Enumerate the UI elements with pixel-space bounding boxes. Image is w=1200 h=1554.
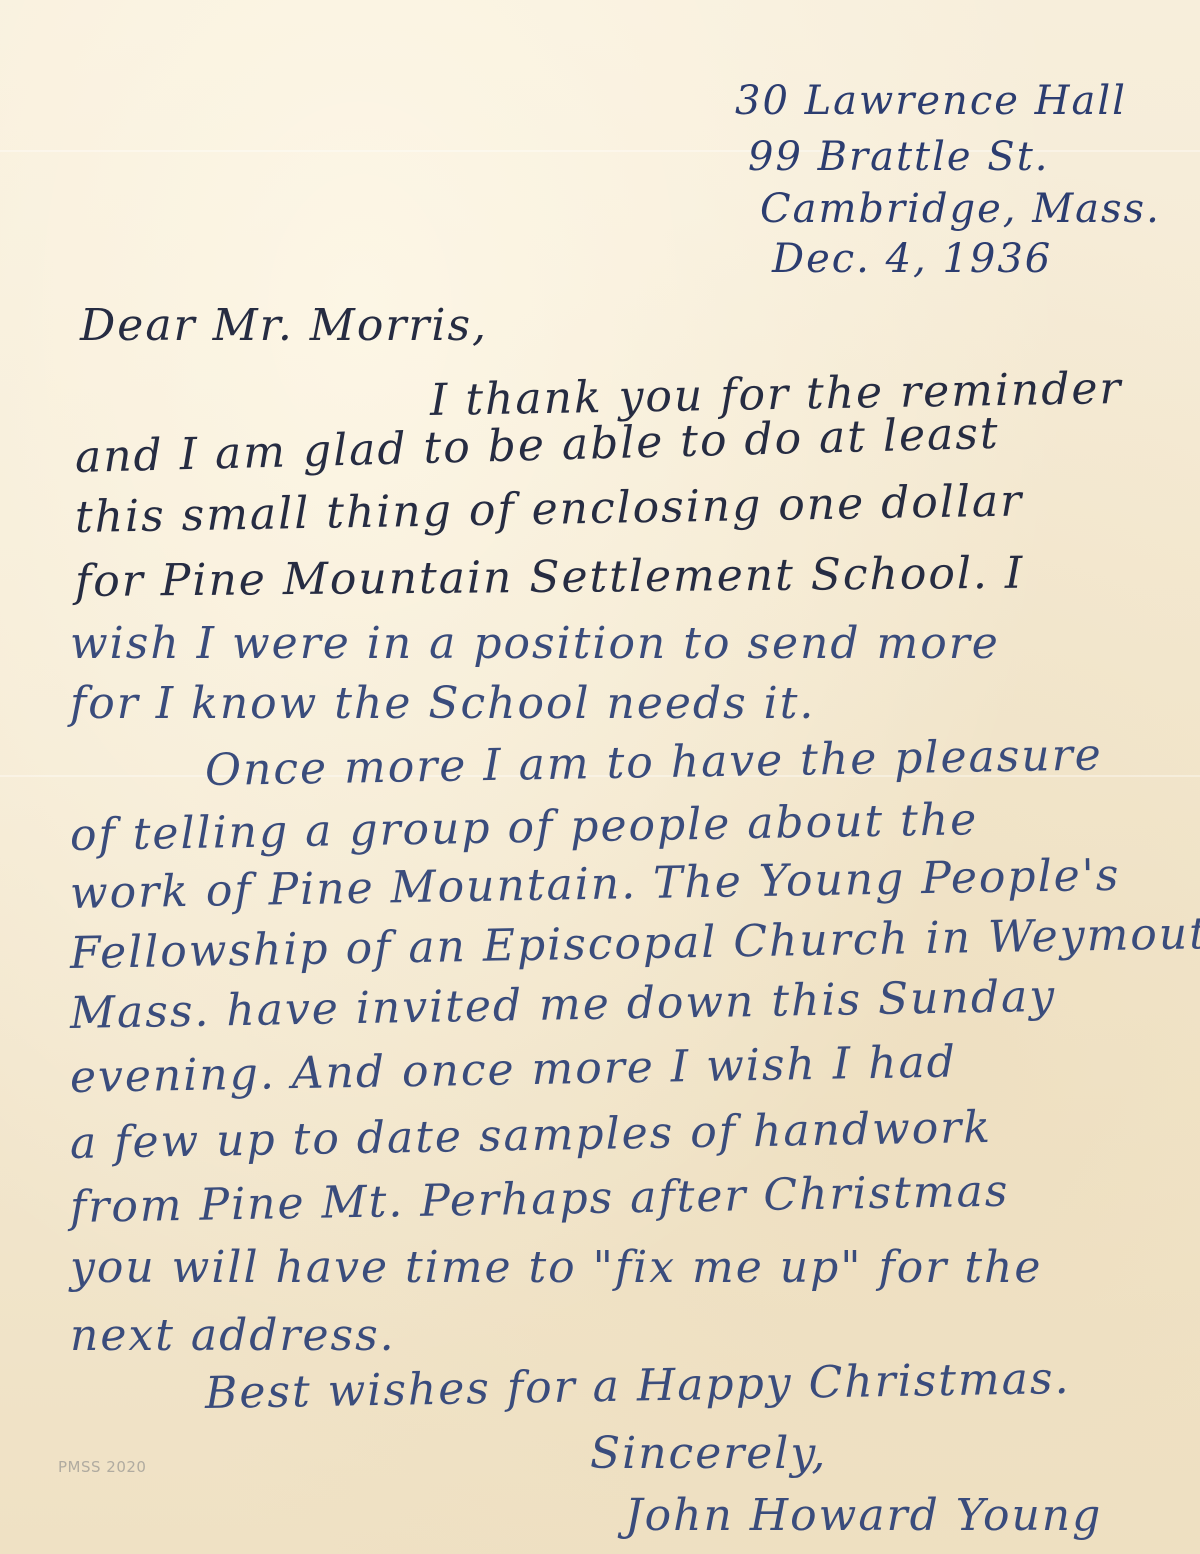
- closing-wishes: Best wishes for a Happy Christmas.: [205, 1353, 1071, 1419]
- body-line: work of Pine Mountain. The Young People'…: [70, 850, 1121, 919]
- body-line: Once more I am to have the pleasure: [205, 729, 1104, 796]
- address-line: 30 Lawrence Hall: [735, 78, 1127, 124]
- body-line: you will have time to "fix me up" for th…: [70, 1242, 1042, 1293]
- salutation: Dear Mr. Morris,: [80, 300, 488, 351]
- body-line: a few up to date samples of handwork: [70, 1102, 993, 1169]
- body-line: of telling a group of people about the: [70, 794, 979, 861]
- body-line: this small thing of enclosing one dollar: [75, 475, 1024, 543]
- address-line: Cambridge, Mass.: [760, 186, 1161, 232]
- body-line: from Pine Mt. Perhaps after Christmas: [70, 1166, 1010, 1233]
- body-line: Fellowship of an Episcopal Church in Wey…: [70, 908, 1200, 979]
- archive-watermark: PMSS 2020: [58, 1458, 146, 1476]
- body-line: evening. And once more I wish I had: [70, 1037, 958, 1103]
- body-line: next address.: [70, 1310, 396, 1361]
- letter-page: 30 Lawrence Hall 99 Brattle St. Cambridg…: [0, 0, 1200, 1554]
- signature: John Howard Young: [625, 1490, 1102, 1541]
- body-line: wish I were in a position to send more: [70, 618, 1000, 669]
- body-line: for Pine Mountain Settlement School. I: [75, 548, 1025, 607]
- valediction: Sincerely,: [590, 1428, 827, 1479]
- letter-date: Dec. 4, 1936: [772, 236, 1052, 282]
- address-line: 99 Brattle St.: [748, 134, 1050, 180]
- body-line: Mass. have invited me down this Sunday: [70, 971, 1057, 1039]
- body-line: for I know the School needs it.: [70, 678, 815, 729]
- body-line: and I am glad to be able to do at least: [74, 408, 1000, 483]
